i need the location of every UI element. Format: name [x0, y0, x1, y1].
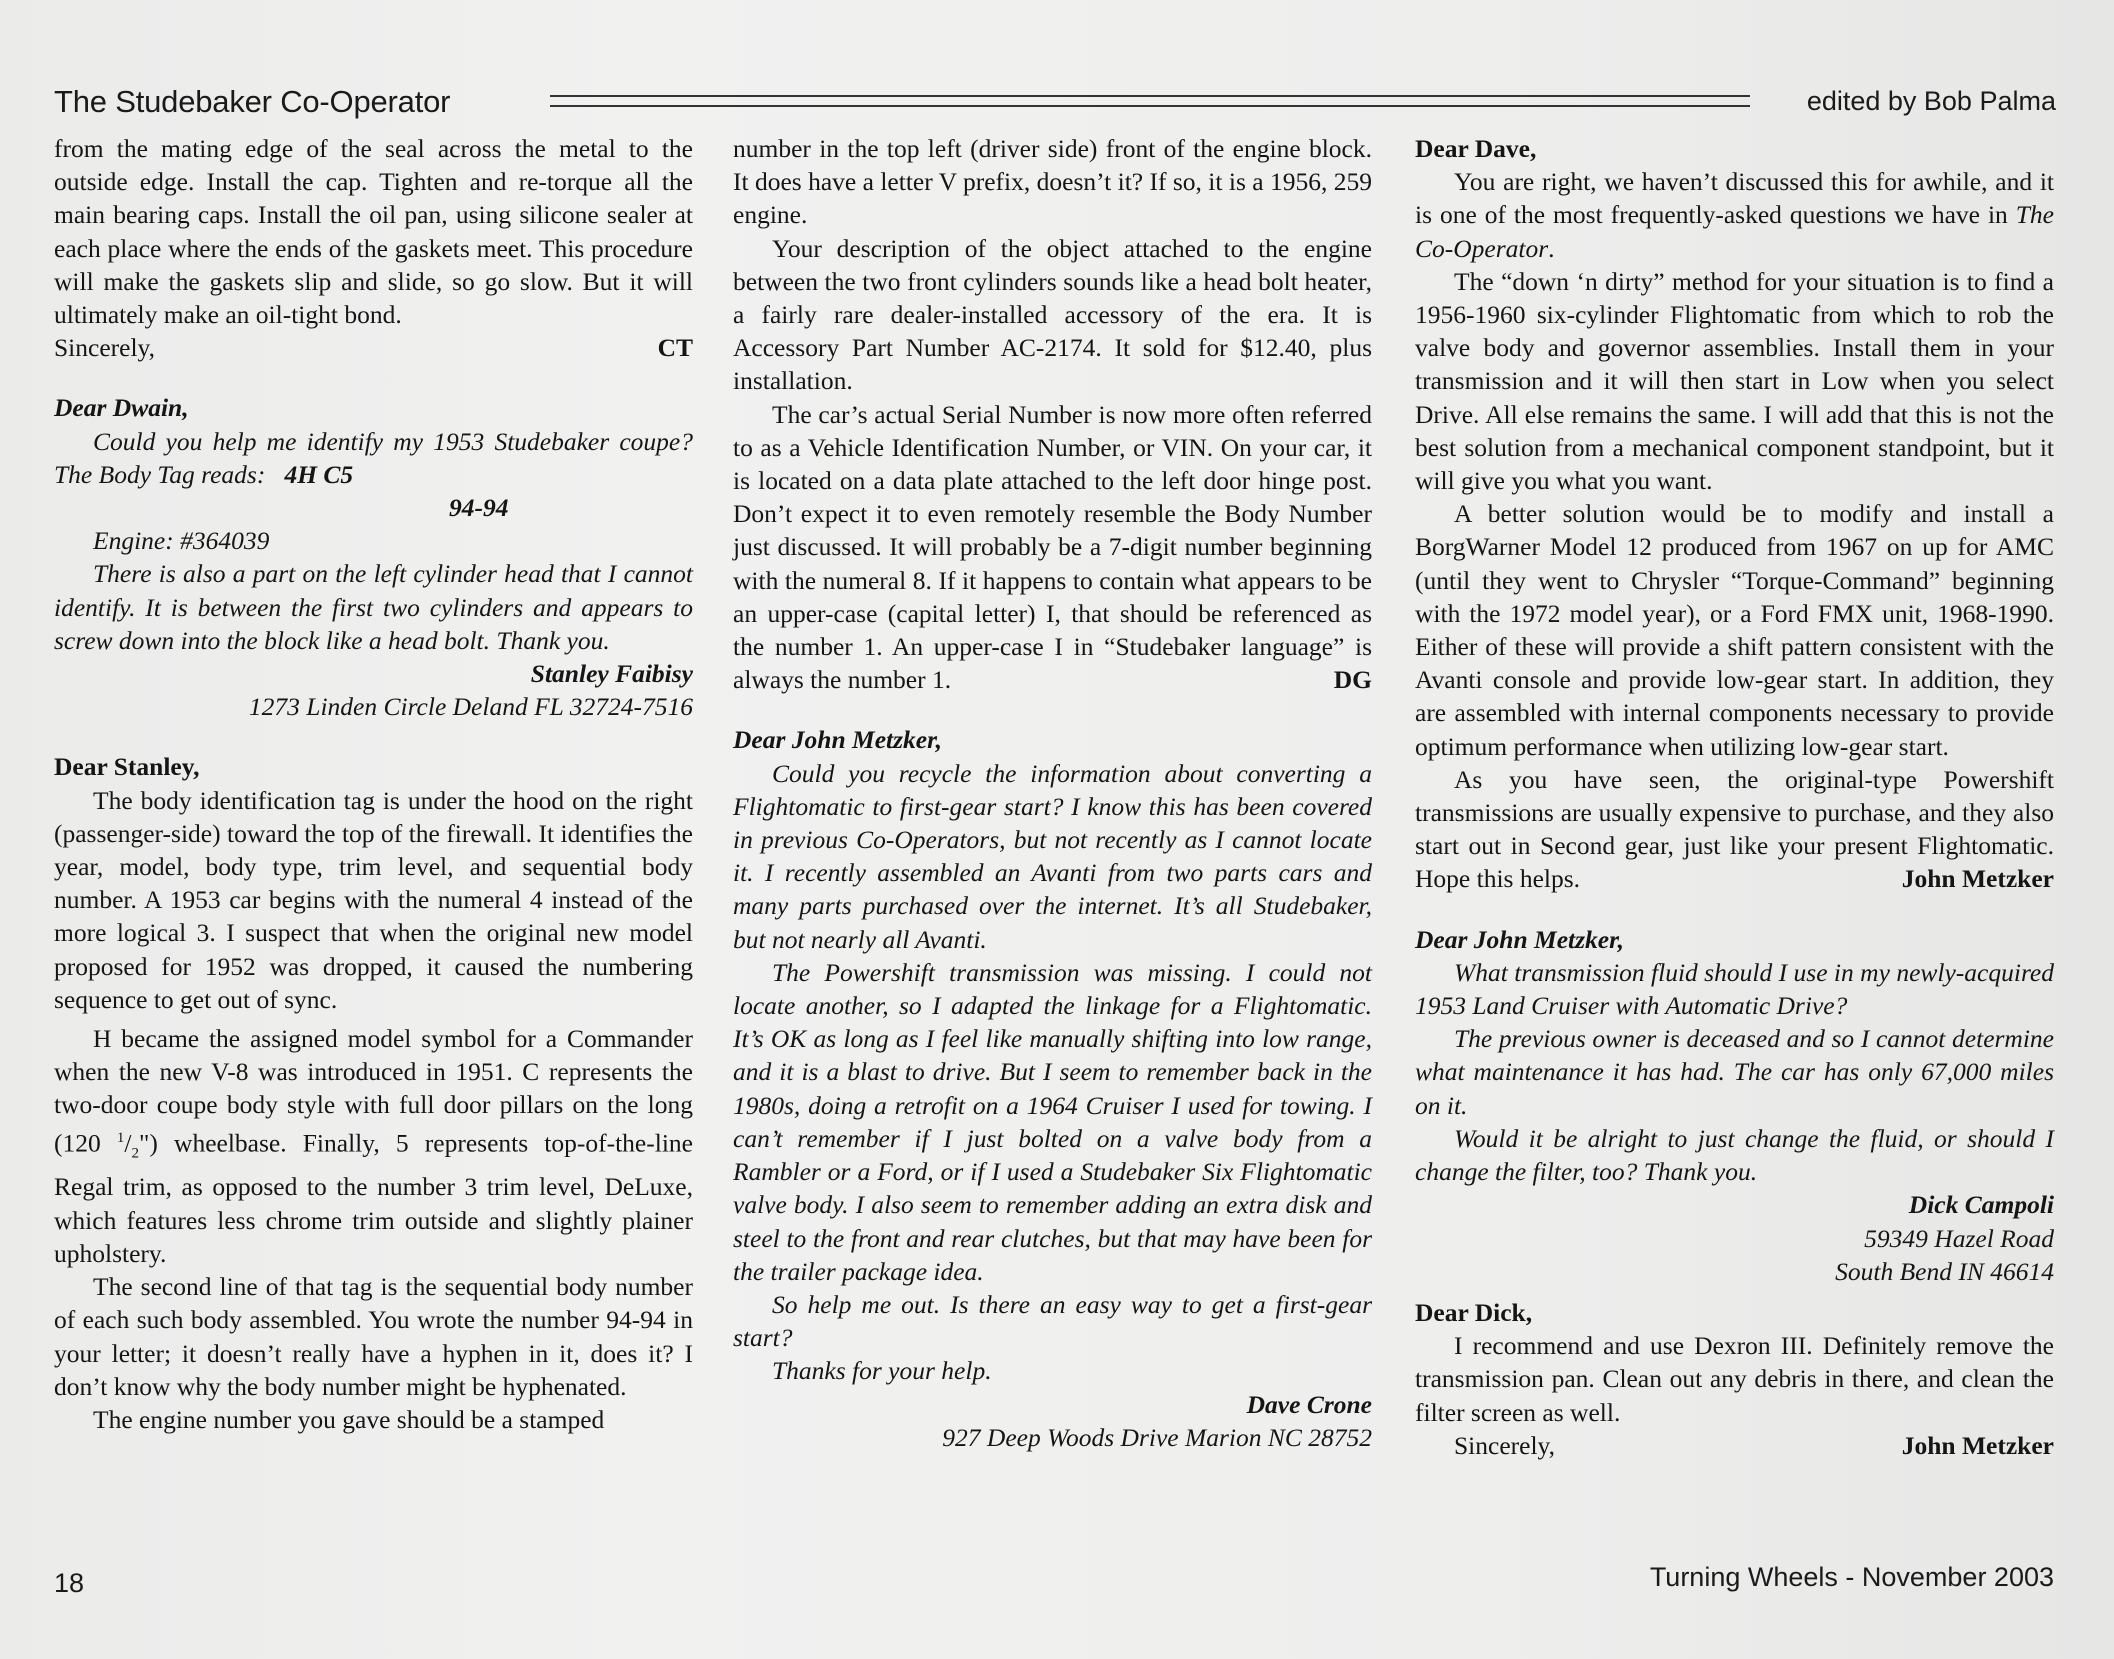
- reply-paragraph: number in the top left (driver side) fro…: [733, 132, 1372, 232]
- column-1: from the mating edge of the seal across …: [54, 132, 693, 1436]
- closing-row: Sincerely, CT: [54, 331, 693, 364]
- letter-paragraph: There is also a part on the left cylinde…: [54, 557, 693, 657]
- reply-text: .: [1548, 234, 1554, 263]
- column-3: Dear Dave, You are right, we haven’t dis…: [1415, 132, 2054, 1462]
- column-2: number in the top left (driver side) fro…: [733, 132, 1372, 1454]
- letter-paragraph: Would it be alright to just change the f…: [1415, 1122, 2054, 1188]
- fraction-numerator: 1: [117, 1130, 125, 1146]
- reply-signer: John Metzker: [1863, 862, 2054, 895]
- closing-row: Sincerely, John Metzker: [1415, 1429, 2054, 1462]
- reply-paragraph: You are right, we haven’t discussed this…: [1415, 165, 2054, 265]
- reply-salutation: Dear Stanley,: [54, 750, 693, 783]
- header-double-rule: [550, 95, 1750, 107]
- reply-paragraph: A better solution would be to modify and…: [1415, 497, 2054, 763]
- letter-salutation: Dear Dwain,: [54, 391, 693, 424]
- letter-paragraph: So help me out. Is there an easy way to …: [733, 1288, 1372, 1354]
- engine-number: Engine: #364039: [54, 524, 693, 557]
- closing: Sincerely,: [54, 331, 155, 364]
- letter-signer: Stanley Faibisy: [54, 657, 693, 690]
- fraction-denominator: 2: [131, 1145, 139, 1161]
- page-number: 18: [54, 1568, 84, 1599]
- column-title: The Studebaker Co-Operator: [54, 84, 450, 120]
- publication-footer: Turning Wheels - November 2003: [1650, 1562, 2054, 1593]
- reply-text: The car’s actual Serial Number is now mo…: [733, 400, 1372, 695]
- reply-paragraph: As you have seen, the original-type Powe…: [1415, 763, 2054, 896]
- reply-paragraph: The body identification tag is under the…: [54, 784, 693, 1016]
- closing-initials: CT: [658, 331, 693, 364]
- letter-paragraph: The Powershift transmission was missing.…: [733, 956, 1372, 1288]
- reply-signer: John Metzker: [1902, 1429, 2054, 1462]
- magazine-page: The Studebaker Co-Operator edited by Bob…: [0, 0, 2114, 1659]
- letter-salutation: Dear John Metzker,: [1415, 923, 2054, 956]
- reply-paragraph: I recommend and use Dexron III. Definite…: [1415, 1329, 2054, 1429]
- reply-paragraph: The car’s actual Serial Number is now mo…: [733, 398, 1372, 697]
- letter-paragraph: What transmission fluid should I use in …: [1415, 956, 2054, 1022]
- letter-signer: Dick Campoli: [1415, 1188, 2054, 1221]
- letter-address-line-1: 59349 Hazel Road: [1415, 1222, 2054, 1255]
- body-tag-line-2: 94-94: [54, 491, 693, 524]
- reply-paragraph: The “down ‘n dirty” method for your situ…: [1415, 265, 2054, 497]
- reply-paragraph: Your description of the object attached …: [733, 232, 1372, 398]
- reply-paragraph: H became the assigned model symbol for a…: [54, 1022, 693, 1270]
- reply-salutation: Dear Dave,: [1415, 132, 2054, 165]
- letter-address-line-2: South Bend IN 46614: [1415, 1255, 2054, 1288]
- reply-text: You are right, we haven’t discussed this…: [1415, 167, 2054, 229]
- body-tag-line-1: 4H C5: [284, 460, 353, 489]
- reply-text: ") wheelbase. Finally, 5 represents top-…: [54, 1128, 693, 1268]
- continued-text: from the mating edge of the seal across …: [54, 132, 693, 331]
- reply-paragraph: The engine number you gave should be a s…: [54, 1403, 693, 1436]
- letter-address: 1273 Linden Circle Deland FL 32724-7516: [54, 690, 693, 723]
- reply-paragraph: The second line of that tag is the seque…: [54, 1270, 693, 1403]
- letter-text: Could you help me identify my 1953 Stude…: [54, 427, 693, 489]
- reply-salutation: Dear Dick,: [1415, 1296, 2054, 1329]
- letter-paragraph: Thanks for your help.: [733, 1354, 1372, 1387]
- letter-paragraph: Could you recycle the information about …: [733, 757, 1372, 956]
- letter-paragraph: Could you help me identify my 1953 Stude…: [54, 425, 693, 491]
- closing: Sincerely,: [1454, 1429, 1555, 1462]
- letter-address: 927 Deep Woods Drive Marion NC 28752: [733, 1421, 1372, 1454]
- letter-salutation: Dear John Metzker,: [733, 723, 1372, 756]
- reply-initials: DG: [1295, 663, 1372, 696]
- letter-paragraph: The previous owner is deceased and so I …: [1415, 1022, 2054, 1122]
- letter-signer: Dave Crone: [733, 1388, 1372, 1421]
- editor-credit: edited by Bob Palma: [1807, 86, 2056, 117]
